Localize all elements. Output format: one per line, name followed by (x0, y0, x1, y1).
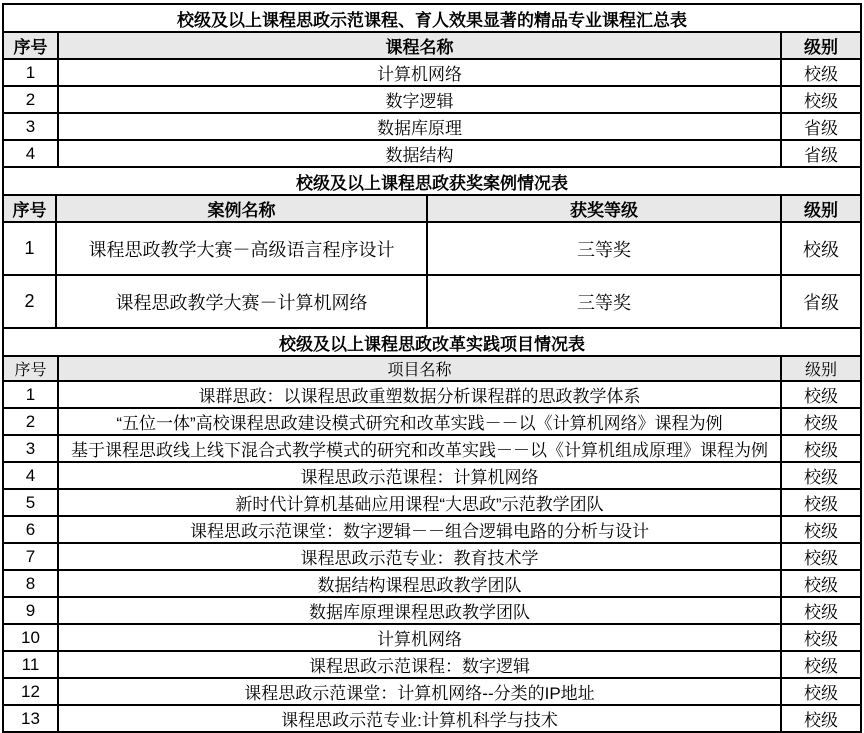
table-row: 校级及以上课程思政示范课程、育人效果显著的精品专业课程汇总表 (3, 4, 861, 32)
seq-cell: 3 (3, 113, 58, 140)
course-name-cell: 计算机网络 (58, 59, 781, 86)
level-cell: 校级 (781, 435, 861, 462)
seq-cell: 12 (3, 678, 58, 705)
level-cell: 校级 (781, 381, 861, 408)
project-name-cell: “五位一体”高校课程思政建设模式研究和改革实践－－以《计算机网络》课程为例 (58, 408, 781, 435)
column-header-seq: 序号 (3, 195, 56, 222)
column-header-course-name: 课程名称 (58, 32, 781, 59)
project-name-cell: 课程思政示范专业：教育技术学 (58, 543, 781, 570)
table-row: 校级及以上课程思政改革实践项目情况表 (3, 328, 861, 356)
table-row: 序号 课程名称 级别 (3, 32, 861, 59)
table-row: 3 基于课程思政线上线下混合式教学模式的研究和改革实践－－以《计算机组成原理》课… (3, 435, 861, 462)
level-cell: 省级 (781, 275, 861, 328)
level-cell: 校级 (781, 678, 861, 705)
table-row: 12 课程思政示范课堂：计算机网络--分类的IP地址 校级 (3, 678, 861, 705)
reform-projects-table: 校级及以上课程思政改革实践项目情况表 序号 项目名称 级别 1 课群思政：以课程… (2, 327, 862, 733)
demo-courses-table: 校级及以上课程思政示范课程、育人效果显著的精品专业课程汇总表 序号 课程名称 级… (2, 3, 862, 168)
table-row: 7 课程思政示范专业：教育技术学 校级 (3, 543, 861, 570)
project-name-cell: 课程思政示范专业:计算机科学与技术 (58, 705, 781, 732)
project-name-cell: 课群思政：以课程思政重塑数据分析课程群的思政教学体系 (58, 381, 781, 408)
seq-cell: 2 (3, 408, 58, 435)
level-cell: 省级 (781, 140, 861, 167)
table-row: 8 数据结构课程思政教学团队 校级 (3, 570, 861, 597)
table-row: 2 数字逻辑 校级 (3, 86, 861, 113)
level-cell: 校级 (781, 222, 861, 275)
seq-cell: 8 (3, 570, 58, 597)
table-row: 10 计算机网络 校级 (3, 624, 861, 651)
column-header-project-name: 项目名称 (58, 356, 781, 381)
seq-cell: 1 (3, 381, 58, 408)
table-row: 2 课程思政教学大赛－计算机网络 三等奖 省级 (3, 275, 861, 328)
table-row: 13 课程思政示范专业:计算机科学与技术 校级 (3, 705, 861, 732)
table-row: 6 课程思政示范课堂：数字逻辑－－组合逻辑电路的分析与设计 校级 (3, 516, 861, 543)
level-cell: 校级 (781, 624, 861, 651)
column-header-level: 级别 (781, 356, 861, 381)
case-name-cell: 课程思政教学大赛－高级语言程序设计 (56, 222, 427, 275)
table-row: 4 数据结构 省级 (3, 140, 861, 167)
table-row: 3 数据库原理 省级 (3, 113, 861, 140)
table-row: 9 数据库原理课程思政教学团队 校级 (3, 597, 861, 624)
seq-cell: 11 (3, 651, 58, 678)
level-cell: 校级 (781, 86, 861, 113)
level-cell: 校级 (781, 408, 861, 435)
award-grade-cell: 三等奖 (427, 222, 781, 275)
column-header-level: 级别 (781, 195, 861, 222)
seq-cell: 4 (3, 140, 58, 167)
project-name-cell: 数据库原理课程思政教学团队 (58, 597, 781, 624)
project-name-cell: 新时代计算机基础应用课程“大思政”示范教学团队 (58, 489, 781, 516)
project-name-cell: 基于课程思政线上线下混合式教学模式的研究和改革实践－－以《计算机组成原理》课程为… (58, 435, 781, 462)
table-row: 1 课群思政：以课程思政重塑数据分析课程群的思政教学体系 校级 (3, 381, 861, 408)
seq-cell: 10 (3, 624, 58, 651)
table-row: 4 课程思政示范课程：计算机网络 校级 (3, 462, 861, 489)
table-row: 校级及以上课程思政获奖案例情况表 (3, 167, 861, 195)
level-cell: 校级 (781, 516, 861, 543)
table-row: 5 新时代计算机基础应用课程“大思政”示范教学团队 校级 (3, 489, 861, 516)
column-header-seq: 序号 (3, 32, 58, 59)
table-title: 校级及以上课程思政示范课程、育人效果显著的精品专业课程汇总表 (3, 4, 861, 32)
table-row: 1 课程思政教学大赛－高级语言程序设计 三等奖 校级 (3, 222, 861, 275)
seq-cell: 2 (3, 86, 58, 113)
project-name-cell: 数据结构课程思政教学团队 (58, 570, 781, 597)
seq-cell: 4 (3, 462, 58, 489)
seq-cell: 6 (3, 516, 58, 543)
table-row: 序号 项目名称 级别 (3, 356, 861, 381)
table-title: 校级及以上课程思政改革实践项目情况表 (3, 328, 861, 356)
level-cell: 校级 (781, 489, 861, 516)
level-cell: 校级 (781, 597, 861, 624)
column-header-level: 级别 (781, 32, 861, 59)
seq-cell: 13 (3, 705, 58, 732)
level-cell: 校级 (781, 59, 861, 86)
level-cell: 校级 (781, 705, 861, 732)
seq-cell: 1 (3, 222, 56, 275)
seq-cell: 3 (3, 435, 58, 462)
course-ideology-report: 校级及以上课程思政示范课程、育人效果显著的精品专业课程汇总表 序号 课程名称 级… (2, 3, 862, 733)
column-header-award-grade: 获奖等级 (427, 195, 781, 222)
level-cell: 校级 (781, 462, 861, 489)
level-cell: 校级 (781, 651, 861, 678)
seq-cell: 7 (3, 543, 58, 570)
table-row: 1 计算机网络 校级 (3, 59, 861, 86)
table-row: 11 课程思政示范课程：数字逻辑 校级 (3, 651, 861, 678)
case-name-cell: 课程思政教学大赛－计算机网络 (56, 275, 427, 328)
project-name-cell: 课程思政示范课堂：数字逻辑－－组合逻辑电路的分析与设计 (58, 516, 781, 543)
table-title: 校级及以上课程思政获奖案例情况表 (3, 167, 861, 195)
column-header-seq: 序号 (3, 356, 58, 381)
project-name-cell: 课程思政示范课堂：计算机网络--分类的IP地址 (58, 678, 781, 705)
project-name-cell: 课程思政示范课程：数字逻辑 (58, 651, 781, 678)
seq-cell: 5 (3, 489, 58, 516)
seq-cell: 2 (3, 275, 56, 328)
project-name-cell: 计算机网络 (58, 624, 781, 651)
seq-cell: 1 (3, 59, 58, 86)
table-row: 2 “五位一体”高校课程思政建设模式研究和改革实践－－以《计算机网络》课程为例 … (3, 408, 861, 435)
course-name-cell: 数字逻辑 (58, 86, 781, 113)
seq-cell: 9 (3, 597, 58, 624)
course-name-cell: 数据库原理 (58, 113, 781, 140)
project-name-cell: 课程思政示范课程：计算机网络 (58, 462, 781, 489)
level-cell: 省级 (781, 113, 861, 140)
level-cell: 校级 (781, 543, 861, 570)
course-name-cell: 数据结构 (58, 140, 781, 167)
table-row: 序号 案例名称 获奖等级 级别 (3, 195, 861, 222)
award-grade-cell: 三等奖 (427, 275, 781, 328)
column-header-case-name: 案例名称 (56, 195, 427, 222)
award-cases-table: 校级及以上课程思政获奖案例情况表 序号 案例名称 获奖等级 级别 1 课程思政教… (2, 166, 862, 329)
level-cell: 校级 (781, 570, 861, 597)
